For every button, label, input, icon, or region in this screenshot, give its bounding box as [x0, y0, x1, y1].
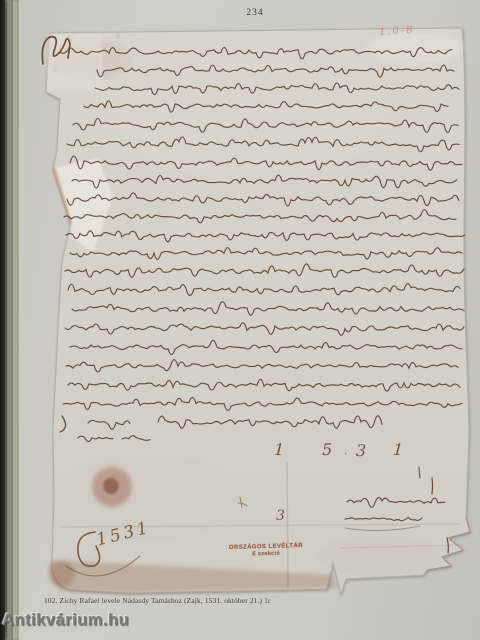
folio-number: 3 — [276, 508, 285, 524]
date-digit-3: 3 — [356, 441, 367, 460]
book-scan-page: 234 — [0, 0, 480, 640]
figure-caption: 102. Zichy Rafael levele Nádasdy Tamásho… — [44, 596, 364, 605]
corner-stain — [49, 561, 75, 587]
archive-stamp: ORSZÁGOS LEVÉLTÁR E szekció — [226, 542, 306, 559]
antikvarium-watermark: Antikvárium.hu — [2, 611, 129, 630]
date-digit-1b: 1 — [392, 440, 403, 460]
date-separator: . — [344, 446, 347, 457]
date-digit-5: 5 — [322, 440, 333, 459]
seal-stain — [92, 467, 132, 507]
date-digit-1: 1 — [274, 440, 285, 460]
